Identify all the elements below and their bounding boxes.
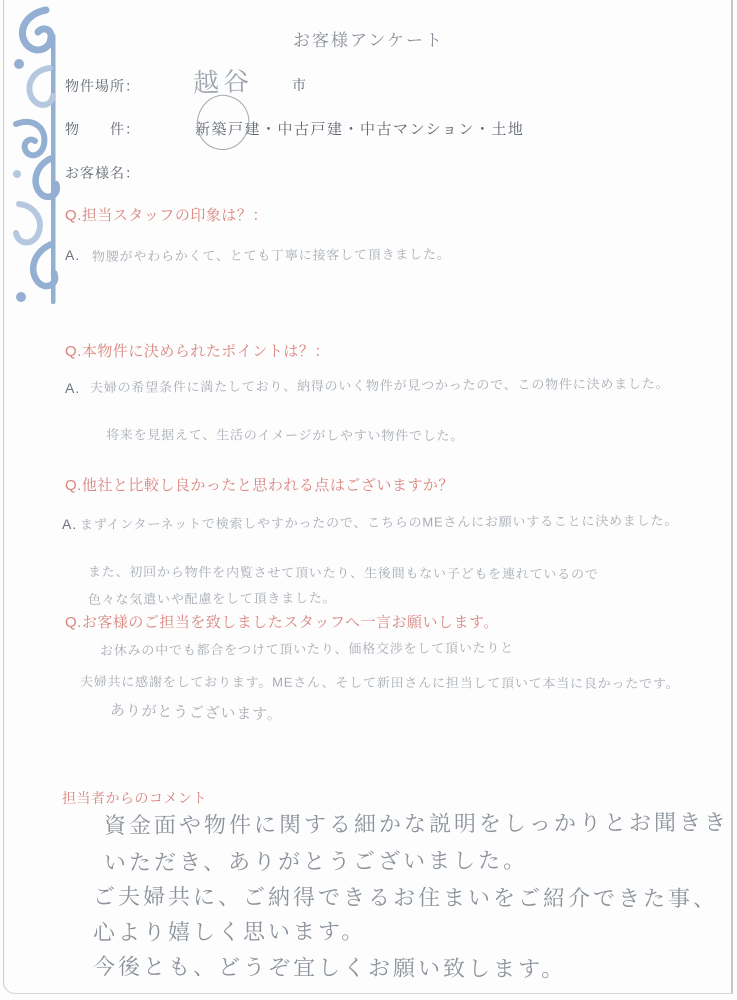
staff-comment-line-4: 心より嬉しく思います。	[93, 915, 366, 947]
question-1-label: Q.担当スタッフの印象は？：	[65, 204, 268, 225]
answer-2-line-2: 将来を見据えて、生活のイメージがしやすい物件でした。	[106, 424, 464, 444]
answer-2-prefix: A.	[65, 380, 80, 396]
staff-comment-line-5: 今後とも、どうぞ宜しくお願い致します。	[93, 950, 566, 983]
property-label: 物 件：	[65, 119, 140, 139]
answer-1-prefix: A.	[65, 247, 80, 263]
staff-comment-line-3: ご夫婦共に、ご納得できるお住まいをご紹介できた事、	[93, 880, 718, 913]
question-4-label: Q.お客様のご担当を致しましたスタッフへ一言お願いします。	[65, 611, 499, 632]
question-2-label: Q.本物件に決められたポイントは？：	[65, 340, 330, 361]
answer-1-line-1: 物腰がやわらかくて、とても丁寧に接客して頂きました。	[92, 243, 451, 265]
answer-4-line-2: 夫婦共に感謝をしております。MEさん、そして新田さんに担当して頂いて本当に良かっ…	[80, 671, 679, 692]
floral-scroll-ornament-icon	[6, 6, 64, 306]
customer-name-label: お客様名：	[65, 163, 140, 183]
answer-2-line-1: 夫婦の希望条件に満たしており、納得のいく物件が見つかったので、この物件に決めまし…	[90, 373, 669, 396]
staff-comment-line-1: 資金面や物件に関する細かな説明をしっかりとお聞きき	[104, 806, 729, 840]
location-suffix: 市	[292, 75, 307, 95]
staff-comment-header: 担当者からのコメント	[62, 788, 207, 808]
survey-document: お客様アンケート 物件場所： 越谷 市 物 件： 新築戸建・中古戸建・中古マンシ…	[0, 0, 737, 1000]
answer-3-line-2: また、初回から物件を内覧させて頂いたり、生後間もない子どもを連れているので	[88, 561, 599, 583]
location-label: 物件場所：	[65, 76, 140, 96]
answer-3-prefix: A.	[62, 516, 77, 532]
question-3-label: Q.他社と比較し良かったと思われる点はございますか？	[65, 474, 454, 495]
answer-4-line-1: お休みの中でも都合をつけて頂いたり、価格交渉をして頂いたりと	[100, 637, 514, 659]
answer-3-line-3: 色々な気遣いや配慮をして頂きました。	[88, 587, 337, 608]
answer-4-line-3: ありがとうございます。	[110, 699, 283, 725]
staff-comment-line-2: いただき、ありがとうございました。	[104, 844, 528, 877]
page-title: お客様アンケート	[0, 26, 737, 51]
answer-3-line-1: まずインターネットで検索しやすかったので、こちらのMEさんにお願いすることに決め…	[80, 510, 678, 533]
